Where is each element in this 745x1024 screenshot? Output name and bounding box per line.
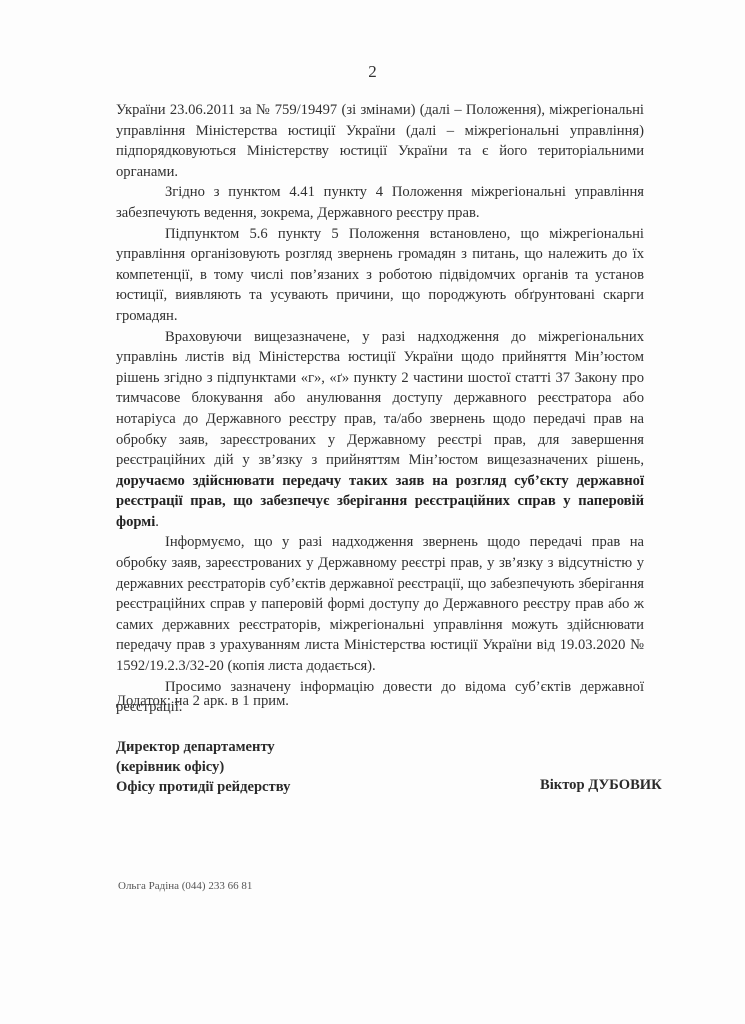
paragraph-4-bold-instruction: доручаємо здійснювати передачу таких зая… — [116, 473, 644, 530]
page-number: 2 — [0, 62, 745, 82]
paragraph-4-text: Враховуючи вищезазначене, у разі надходж… — [116, 329, 644, 469]
paragraph-4: Враховуючи вищезазначене, у разі надходж… — [116, 327, 644, 533]
signature-title-line-1: Директор департаменту — [116, 737, 290, 757]
paragraph-2: Згідно з пунктом 4.41 пункту 4 Положення… — [116, 182, 644, 223]
letter-body: України 23.06.2011 за № 759/19497 (зі зм… — [116, 100, 644, 718]
attachment-note: Додаток: на 2 арк. в 1 прим. — [116, 693, 289, 710]
paragraph-4-tail: . — [155, 514, 159, 530]
document-page: 2 України 23.06.2011 за № 759/19497 (зі … — [0, 0, 745, 1024]
paragraph-1: України 23.06.2011 за № 759/19497 (зі зм… — [116, 100, 644, 182]
signatory-name: Віктор ДУБОВИК — [540, 777, 662, 794]
paragraph-5: Інформуємо, що у разі надходження зверне… — [116, 532, 644, 676]
signature-title-line-3: Офісу протидії рейдерству — [116, 777, 290, 797]
signature-title-block: Директор департаменту (керівник офісу) О… — [116, 737, 290, 797]
signature-title-line-2: (керівник офісу) — [116, 757, 290, 777]
paragraph-3: Підпунктом 5.6 пункту 5 Положення встано… — [116, 224, 644, 327]
contact-info: Ольга Радіна (044) 233 66 81 — [118, 880, 252, 892]
